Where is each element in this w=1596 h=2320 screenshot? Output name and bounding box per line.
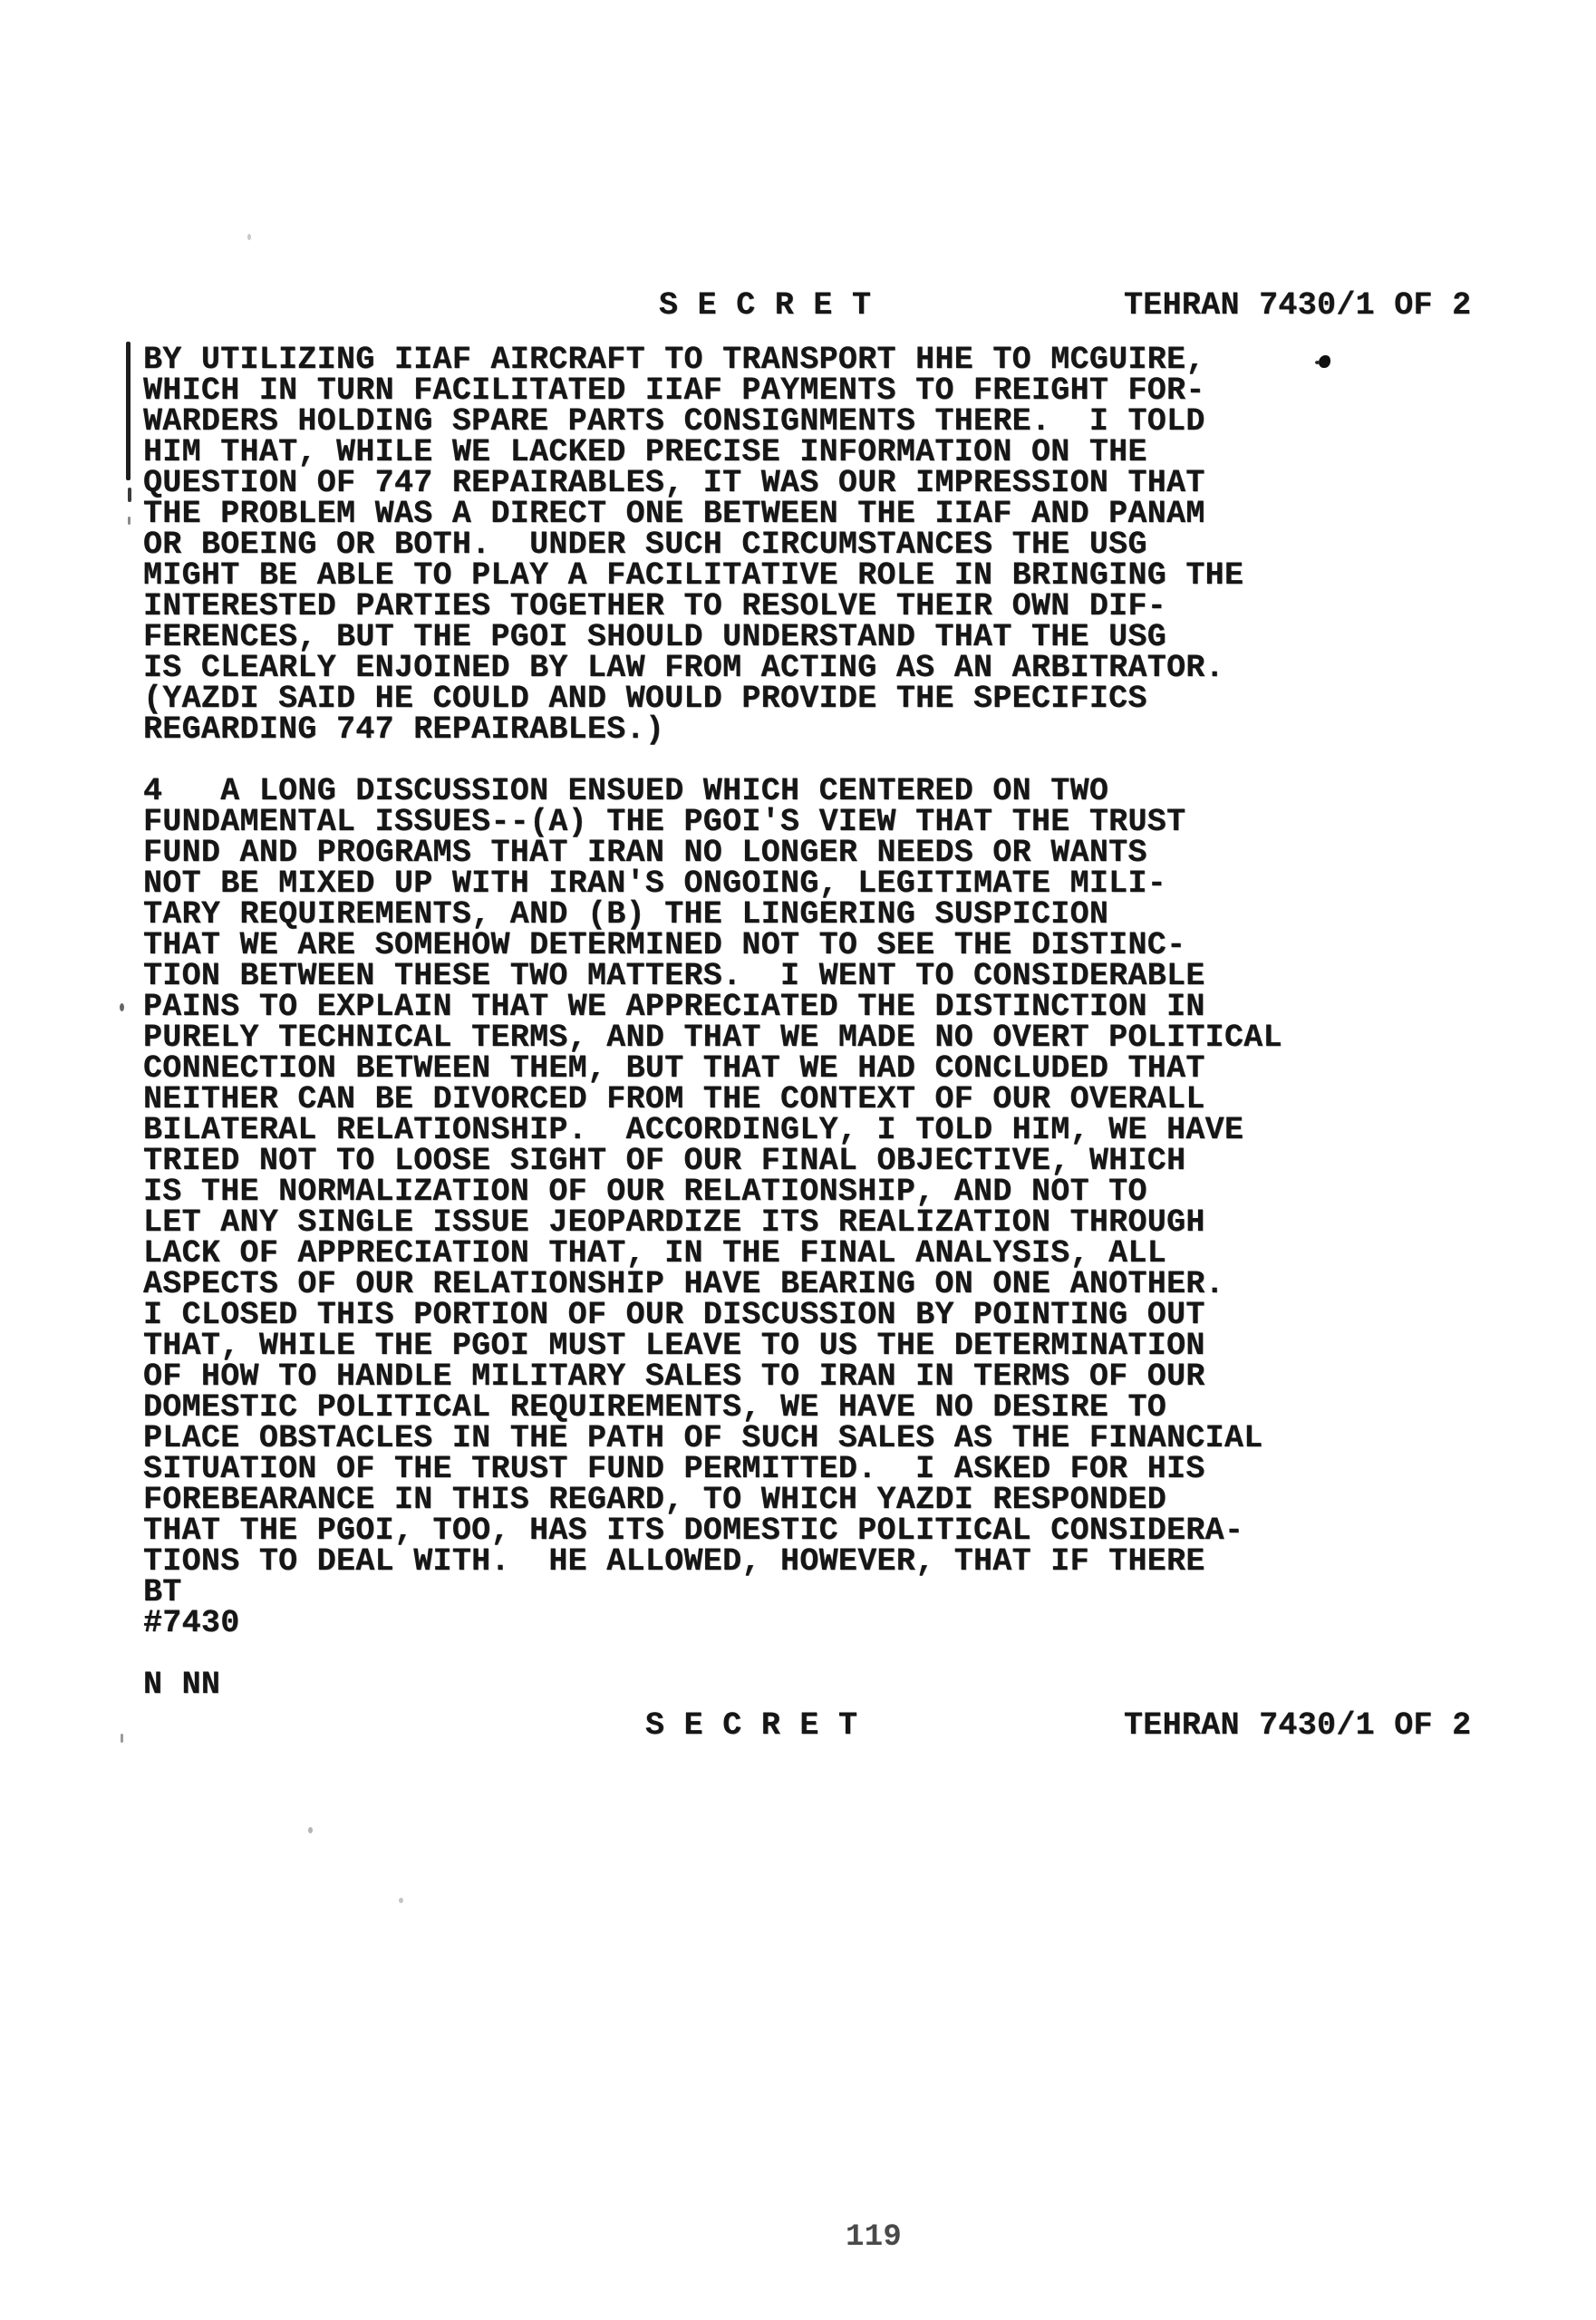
margin-change-bar — [126, 342, 131, 480]
scan-speck — [247, 234, 251, 240]
footer-classification: S E C R E T — [645, 1707, 857, 1744]
page-number: 119 — [846, 2220, 902, 2255]
header-reference: TEHRAN 7430/1 OF 2 — [1124, 287, 1471, 324]
scanned-cable-page: S E C R E T TEHRAN 7430/1 OF 2 BY UTILIZ… — [0, 0, 1596, 2320]
header-classification: S E C R E T — [659, 287, 871, 324]
stray-ink-mark — [1319, 355, 1330, 368]
margin-tick-mark — [121, 1734, 123, 1743]
margin-change-dash — [128, 488, 131, 502]
footer-reference: TEHRAN 7430/1 OF 2 — [1124, 1707, 1471, 1744]
margin-change-dot — [128, 517, 131, 525]
scan-speck — [399, 1898, 403, 1903]
scan-speck — [308, 1827, 313, 1833]
margin-dot-mark — [120, 1003, 124, 1011]
cable-body-text: BY UTILIZING IIAF AIRCRAFT TO TRANSPORT … — [143, 344, 1282, 1700]
